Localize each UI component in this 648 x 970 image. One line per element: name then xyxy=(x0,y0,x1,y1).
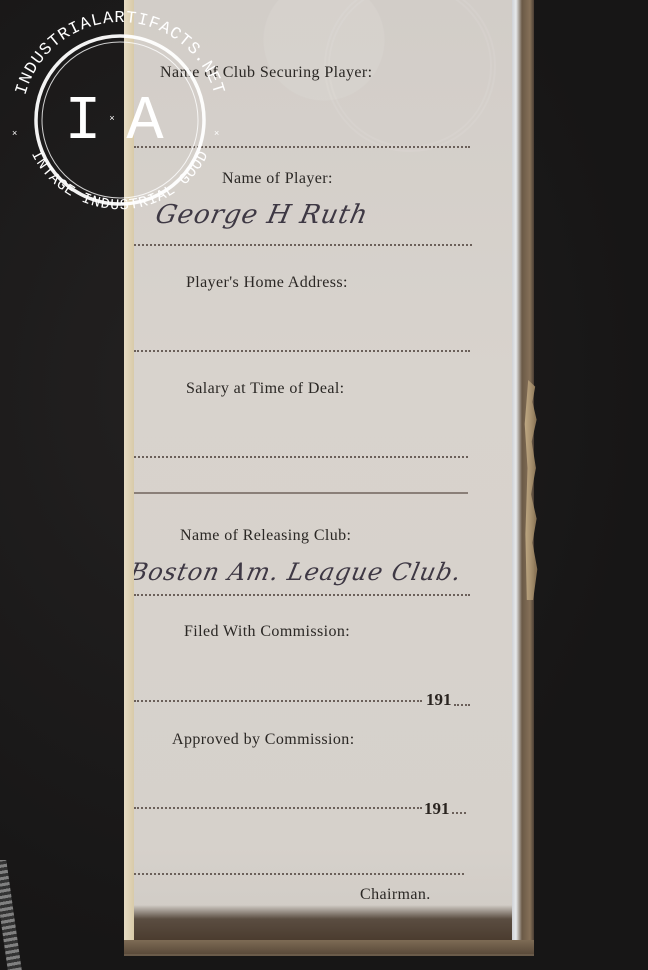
blank-line-approved-date xyxy=(134,807,422,809)
frame-inner-shadow xyxy=(134,905,512,940)
field-label-home-address: Player's Home Address: xyxy=(186,274,348,292)
year-prefix-approved: 191 xyxy=(424,799,450,819)
year-prefix-filed: 191 xyxy=(426,690,452,710)
field-label-filed-with-commission: Filed With Commission: xyxy=(184,623,350,641)
blank-line-player-name xyxy=(134,244,472,246)
blank-line-releasing-club xyxy=(134,594,470,596)
chairman-label: Chairman. xyxy=(360,886,431,904)
frame-bottom-edge xyxy=(124,940,534,954)
watermark-monogram-i: I xyxy=(64,86,101,157)
watermark-left-cross-icon: × xyxy=(12,128,17,138)
blank-line-approved-year xyxy=(452,812,466,814)
blank-line-filed-year xyxy=(454,704,470,706)
blank-line-salary xyxy=(134,456,468,458)
watermark-monogram-a: A xyxy=(126,86,164,157)
field-label-approved-by-commission: Approved by Commission: xyxy=(172,731,355,749)
watermark-right-cross-icon: × xyxy=(214,128,219,138)
handwritten-releasing-club: Boston Am. League Club. xyxy=(127,558,464,586)
watermark-separator-icon: × xyxy=(109,113,114,123)
field-label-releasing-club: Name of Releasing Club: xyxy=(180,527,351,545)
industrial-artifacts-watermark: INDUSTRIALARTIFACTS.NET VINTAGE INDUSTRI… xyxy=(0,0,240,240)
blank-line-home-address xyxy=(134,350,470,352)
blank-line-chairman-signature xyxy=(134,873,464,875)
blank-line-filed-date xyxy=(134,700,422,702)
section-divider xyxy=(134,492,468,494)
field-label-salary: Salary at Time of Deal: xyxy=(186,380,345,398)
